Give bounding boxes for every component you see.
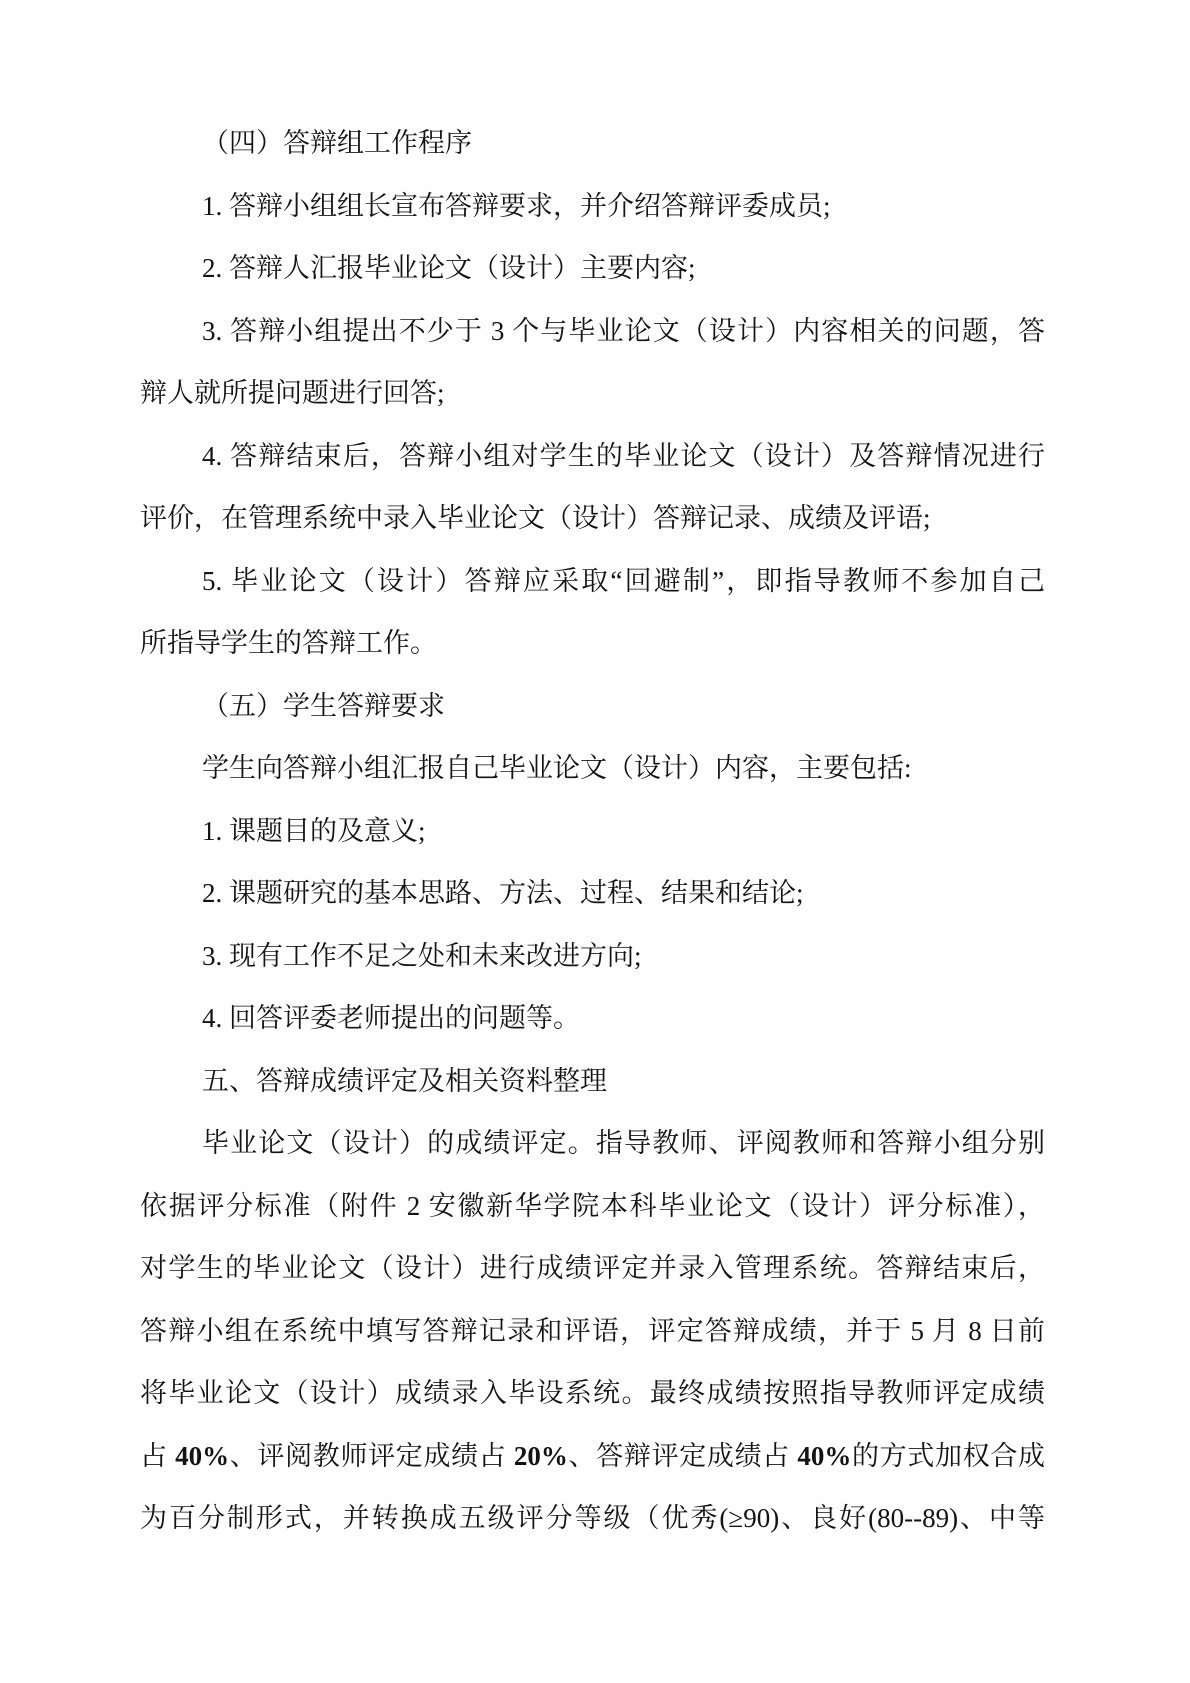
defense-procedure-item-5-line-1: 5. 毕业论文（设计）答辩应采取“回避制”，即指导教师不参加自己 [140, 550, 1045, 613]
text-run: 毕业论文（设计）的成绩评定。指导教师、评阅教师和答辩小组分别 [202, 1128, 1045, 1158]
text-run: 所指导学生的答辩工作。 [140, 628, 437, 658]
grading-paragraph-line-2: 依据评分标准（附件 2 安徽新华学院本科毕业论文（设计）评分标准）， [140, 1175, 1045, 1238]
text-run: 答辩小组在系统中填写答辩记录和评语，评定答辩成绩，并于 5 月 8 日前 [140, 1316, 1045, 1346]
document-body: （四）答辩组工作程序1. 答辩小组组长宣布答辩要求，并介绍答辩评委成员;2. 答… [140, 112, 1045, 1550]
text-run: 4. 回答评委老师提出的问题等。 [202, 1003, 580, 1033]
defense-procedure-item-5-line-2: 所指导学生的答辩工作。 [140, 612, 1045, 675]
text-run: 五、答辩成绩评定及相关资料整理 [202, 1066, 607, 1096]
text-run: 依据评分标准（附件 2 安徽新华学院本科毕业论文（设计）评分标准）， [140, 1191, 1045, 1221]
text-run: 学生向答辩小组汇报自己毕业论文（设计）内容，主要包括: [202, 753, 912, 783]
text-run: 2. 答辩人汇报毕业论文（设计）主要内容; [202, 253, 696, 283]
report-item-2: 2. 课题研究的基本思路、方法、过程、结果和结论; [140, 862, 1045, 925]
grading-paragraph-line-4: 答辩小组在系统中填写答辩记录和评语，评定答辩成绩，并于 5 月 8 日前 [140, 1300, 1045, 1363]
text-run: 为百分制形式，并转换成五级评分等级（优秀(≥90)、良好(80--89)、中等 [140, 1503, 1045, 1533]
text-run: 的方式加权合成 [851, 1441, 1045, 1471]
text-run: （五）学生答辩要求 [202, 691, 445, 721]
grading-paragraph-line-6: 占 40%、评阅教师评定成绩占 20%、答辩评定成绩占 40%的方式加权合成 [140, 1425, 1045, 1488]
defense-procedure-item-1: 1. 答辩小组组长宣布答辩要求，并介绍答辩评委成员; [140, 175, 1045, 238]
defense-procedure-item-3-line-1: 3. 答辩小组提出不少于 3 个与毕业论文（设计）内容相关的问题，答 [140, 300, 1045, 363]
text-run: 辩人就所提问题进行回答; [140, 378, 445, 408]
grading-paragraph-line-1: 毕业论文（设计）的成绩评定。指导教师、评阅教师和答辩小组分别 [140, 1112, 1045, 1175]
report-item-3: 3. 现有工作不足之处和未来改进方向; [140, 925, 1045, 988]
bold-percentage: 20% [514, 1441, 568, 1471]
text-run: 3. 现有工作不足之处和未来改进方向; [202, 941, 642, 971]
text-run: 对学生的毕业论文（设计）进行成绩评定并录入管理系统。答辩结束后， [140, 1253, 1045, 1283]
heading-chapter-five: 五、答辩成绩评定及相关资料整理 [140, 1050, 1045, 1113]
text-run: 、答辩评定成绩占 [568, 1441, 797, 1471]
defense-procedure-item-4-line-2: 评价，在管理系统中录入毕业论文（设计）答辩记录、成绩及评语; [140, 487, 1045, 550]
text-run: 占 [140, 1441, 175, 1471]
grading-paragraph-line-7: 为百分制形式，并转换成五级评分等级（优秀(≥90)、良好(80--89)、中等 [140, 1487, 1045, 1550]
text-run: 4. 答辩结束后，答辩小组对学生的毕业论文（设计）及答辩情况进行 [202, 441, 1045, 471]
text-run: 3. 答辩小组提出不少于 3 个与毕业论文（设计）内容相关的问题，答 [202, 316, 1045, 346]
heading-section-four: （四）答辩组工作程序 [140, 112, 1045, 175]
bold-percentage: 40% [175, 1441, 229, 1471]
text-run: 、评阅教师评定成绩占 [229, 1441, 514, 1471]
student-report-intro: 学生向答辩小组汇报自己毕业论文（设计）内容，主要包括: [140, 737, 1045, 800]
text-run: 1. 课题目的及意义; [202, 816, 426, 846]
report-item-1: 1. 课题目的及意义; [140, 800, 1045, 863]
heading-section-five: （五）学生答辩要求 [140, 675, 1045, 738]
defense-procedure-item-2: 2. 答辩人汇报毕业论文（设计）主要内容; [140, 237, 1045, 300]
defense-procedure-item-3-line-2: 辩人就所提问题进行回答; [140, 362, 1045, 425]
text-run: 将毕业论文（设计）成绩录入毕设系统。最终成绩按照指导教师评定成绩 [140, 1378, 1045, 1408]
text-run: 2. 课题研究的基本思路、方法、过程、结果和结论; [202, 878, 804, 908]
grading-paragraph-line-5: 将毕业论文（设计）成绩录入毕设系统。最终成绩按照指导教师评定成绩 [140, 1362, 1045, 1425]
bold-percentage: 40% [797, 1441, 851, 1471]
text-run: 1. 答辩小组组长宣布答辩要求，并介绍答辩评委成员; [202, 191, 831, 221]
text-run: 5. 毕业论文（设计）答辩应采取“回避制”，即指导教师不参加自己 [202, 566, 1045, 596]
text-run: 评价，在管理系统中录入毕业论文（设计）答辩记录、成绩及评语; [140, 503, 931, 533]
document-page: （四）答辩组工作程序1. 答辩小组组长宣布答辩要求，并介绍答辩评委成员;2. 答… [0, 0, 1190, 1683]
text-run: （四）答辩组工作程序 [202, 128, 472, 158]
defense-procedure-item-4-line-1: 4. 答辩结束后，答辩小组对学生的毕业论文（设计）及答辩情况进行 [140, 425, 1045, 488]
report-item-4: 4. 回答评委老师提出的问题等。 [140, 987, 1045, 1050]
grading-paragraph-line-3: 对学生的毕业论文（设计）进行成绩评定并录入管理系统。答辩结束后， [140, 1237, 1045, 1300]
